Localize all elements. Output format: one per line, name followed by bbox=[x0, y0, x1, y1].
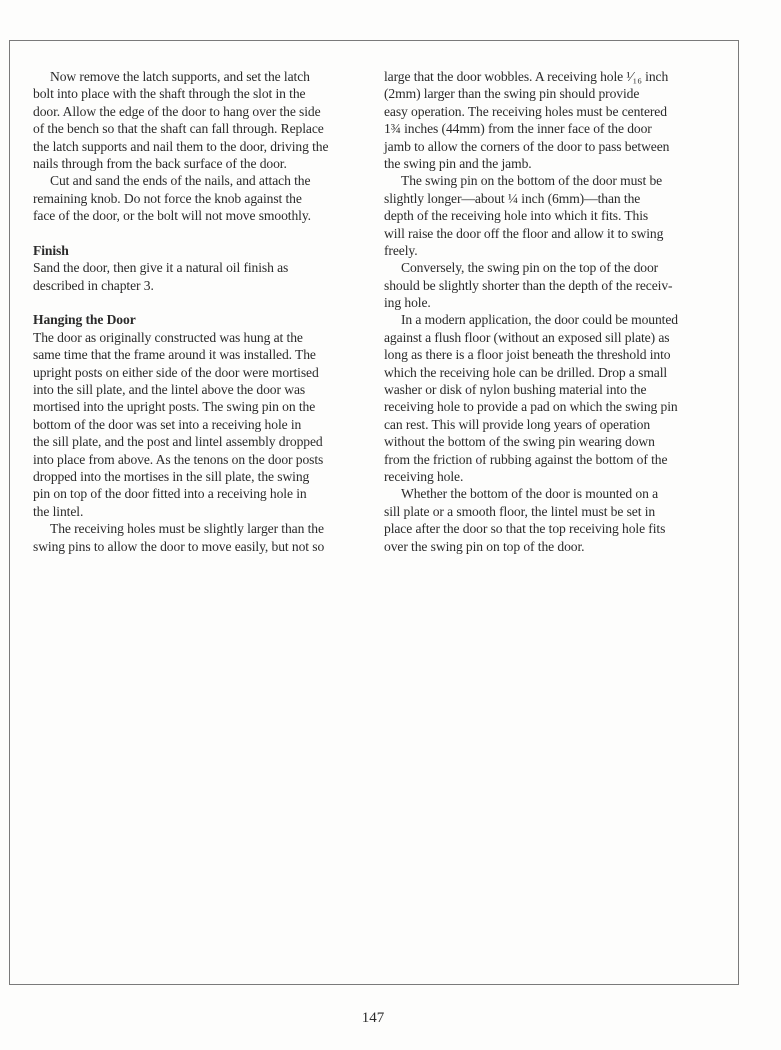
text-line: large that the door wobbles. A receiving… bbox=[384, 68, 714, 85]
text-line: slightly longer—about ¼ inch (6mm)—than … bbox=[384, 190, 714, 207]
text-line: long as there is a floor joist beneath t… bbox=[384, 346, 714, 363]
text-line: swing pins to allow the door to move eas… bbox=[33, 538, 363, 555]
text-line: Now remove the latch supports, and set t… bbox=[33, 68, 363, 85]
text-line: Conversely, the swing pin on the top of … bbox=[384, 259, 714, 276]
text-line: door. Allow the edge of the door to hang… bbox=[33, 103, 363, 120]
text-line: without the bottom of the swing pin wear… bbox=[384, 433, 714, 450]
text-line: from the friction of rubbing against the… bbox=[384, 451, 714, 468]
text-line: into place from above. As the tenons on … bbox=[33, 451, 363, 468]
text-line: face of the door, or the bolt will not m… bbox=[33, 207, 363, 224]
text-line: into the sill plate, and the lintel abov… bbox=[33, 381, 363, 398]
text-line: 1¾ inches (44mm) from the inner face of … bbox=[384, 120, 714, 137]
text-line: the swing pin and the jamb. bbox=[384, 155, 714, 172]
text-line: against a flush floor (without an expose… bbox=[384, 329, 714, 346]
page-number: 147 bbox=[0, 1010, 746, 1027]
text-line: The receiving holes must be slightly lar… bbox=[33, 520, 363, 537]
text-line: described in chapter 3. bbox=[33, 277, 363, 294]
left-text-column: Now remove the latch supports, and set t… bbox=[33, 68, 363, 555]
text-line: Whether the bottom of the door is mounte… bbox=[384, 485, 714, 502]
text-line: In a modern application, the door could … bbox=[384, 311, 714, 328]
text-line: upright posts on either side of the door… bbox=[33, 364, 363, 381]
text-line: the sill plate, and the post and lintel … bbox=[33, 433, 363, 450]
text-line: The door as originally constructed was h… bbox=[33, 329, 363, 346]
text-line: The swing pin on the bottom of the door … bbox=[384, 172, 714, 189]
text-line: of the bench so that the shaft can fall … bbox=[33, 120, 363, 137]
paragraph-spacer bbox=[33, 225, 363, 242]
text-line: easy operation. The receiving holes must… bbox=[384, 103, 714, 120]
text-line: receiving hole. bbox=[384, 468, 714, 485]
text-line: washer or disk of nylon bushing material… bbox=[384, 381, 714, 398]
right-text-column: large that the door wobbles. A receiving… bbox=[384, 68, 714, 555]
text-line: jamb to allow the corners of the door to… bbox=[384, 138, 714, 155]
text-line: same time that the frame around it was i… bbox=[33, 346, 363, 363]
text-line: should be slightly shorter than the dept… bbox=[384, 277, 714, 294]
section-heading: Finish bbox=[33, 242, 363, 259]
text-line: receiving hole to provide a pad on which… bbox=[384, 398, 714, 415]
text-line: Sand the door, then give it a natural oi… bbox=[33, 259, 363, 276]
text-line: will raise the door off the floor and al… bbox=[384, 225, 714, 242]
text-line: pin on top of the door fitted into a rec… bbox=[33, 485, 363, 502]
text-line: remaining knob. Do not force the knob ag… bbox=[33, 190, 363, 207]
text-line: dropped into the mortises in the sill pl… bbox=[33, 468, 363, 485]
text-line: Cut and sand the ends of the nails, and … bbox=[33, 172, 363, 189]
paragraph-spacer bbox=[33, 294, 363, 311]
text-line: over the swing pin on top of the door. bbox=[384, 538, 714, 555]
text-line: bolt into place with the shaft through t… bbox=[33, 85, 363, 102]
section-heading: Hanging the Door bbox=[33, 311, 363, 328]
text-line: freely. bbox=[384, 242, 714, 259]
text-line: the lintel. bbox=[33, 503, 363, 520]
text-line: place after the door so that the top rec… bbox=[384, 520, 714, 537]
text-line: sill plate or a smooth floor, the lintel… bbox=[384, 503, 714, 520]
text-line: mortised into the upright posts. The swi… bbox=[33, 398, 363, 415]
text-line: bottom of the door was set into a receiv… bbox=[33, 416, 363, 433]
text-line: depth of the receiving hole into which i… bbox=[384, 207, 714, 224]
text-line: which the receiving hole can be drilled.… bbox=[384, 364, 714, 381]
text-line: nails through from the back surface of t… bbox=[33, 155, 363, 172]
text-line: (2mm) larger than the swing pin should p… bbox=[384, 85, 714, 102]
text-line: can rest. This will provide long years o… bbox=[384, 416, 714, 433]
text-line: ing hole. bbox=[384, 294, 714, 311]
text-line: the latch supports and nail them to the … bbox=[33, 138, 363, 155]
